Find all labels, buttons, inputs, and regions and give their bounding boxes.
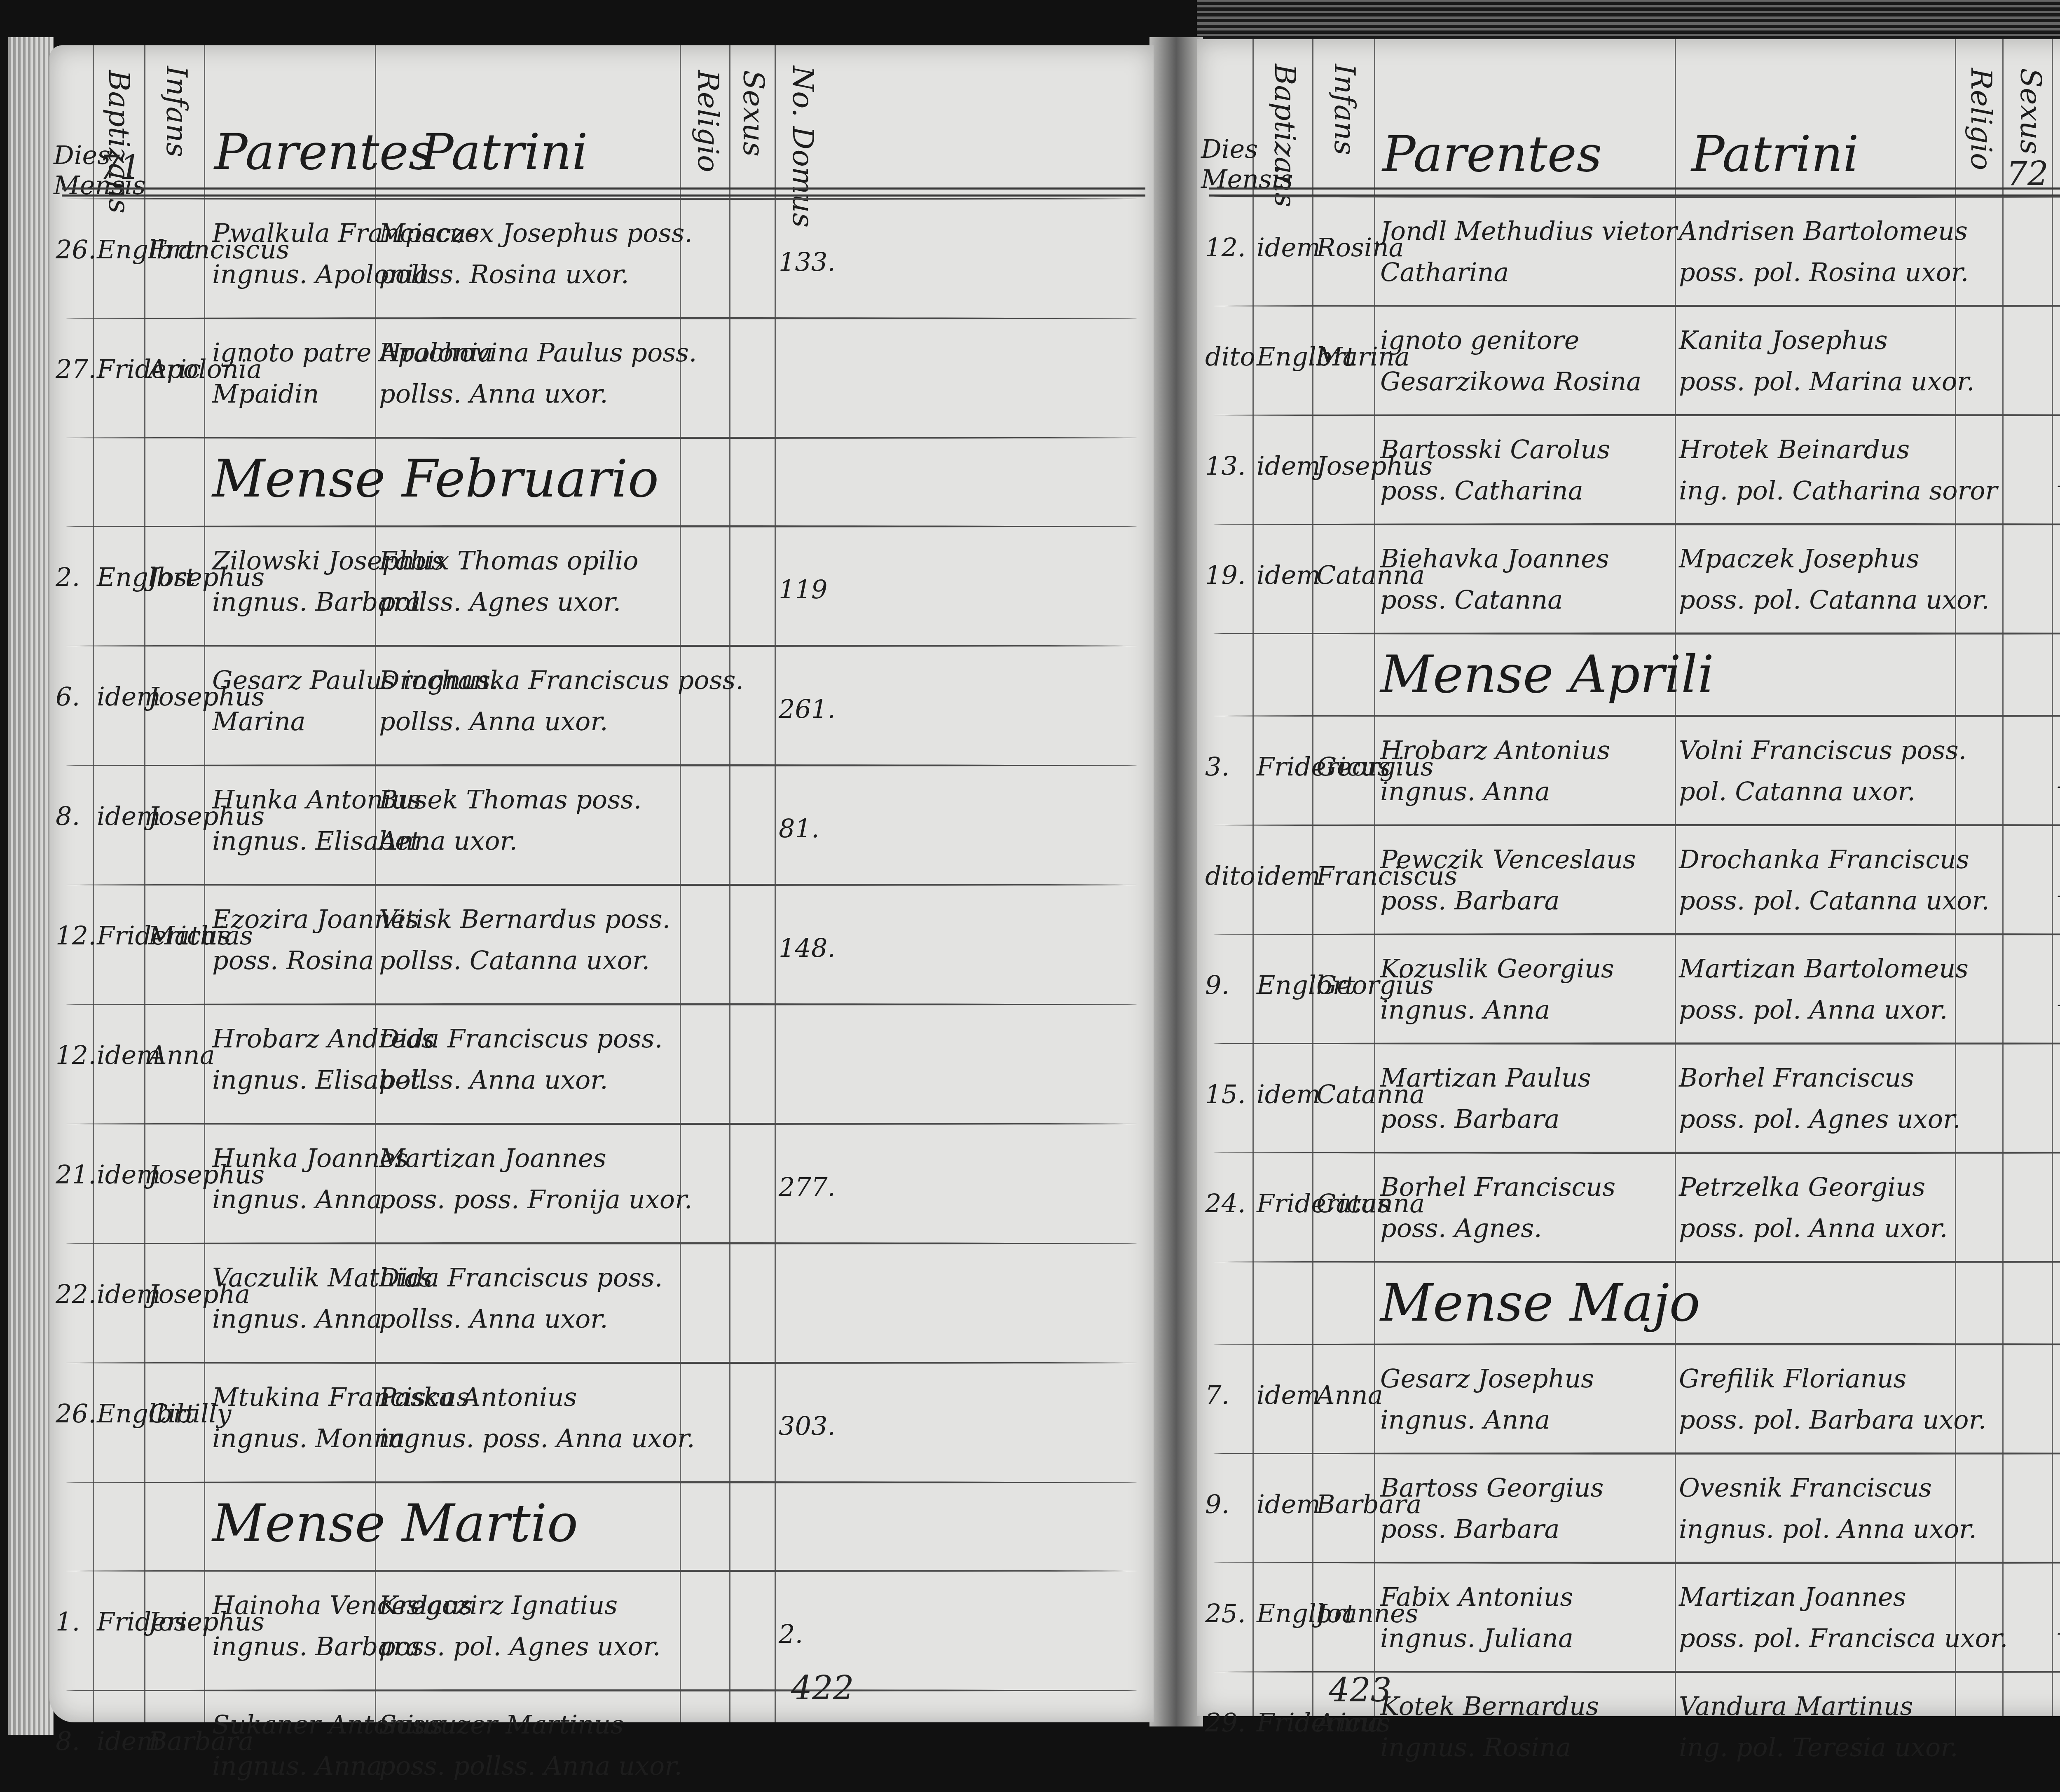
entry-godparents-line1: Drochanka Franciscus poss. xyxy=(379,661,744,699)
entry-day: 24. xyxy=(1205,1185,1246,1223)
entry-godparents-line2: poss. poss. Fronija uxor. xyxy=(379,1181,693,1218)
page-stack-top-edge xyxy=(1197,0,2060,45)
entry-godparents-line2: ingnus. pol. Anna uxor. xyxy=(1679,1510,1977,1548)
entry-day: 6. xyxy=(56,678,80,716)
entry-godparents-line2: Anna uxor. xyxy=(379,822,517,860)
entry-godparents-line2: pollss. Anna uxor. xyxy=(379,1061,608,1099)
row-separator xyxy=(1213,1042,2060,1045)
entry-godparents-line2: poss. pol. Barbara uxor. xyxy=(1679,1401,1986,1439)
page-stack-left-edge xyxy=(8,37,54,1735)
row-separator xyxy=(66,1003,1137,1005)
header-sexus: Sexus xyxy=(2014,68,2048,155)
row-separator xyxy=(1213,715,2060,717)
column-rule xyxy=(2002,39,2004,1716)
entry-house-number: 277. xyxy=(779,1168,836,1206)
entry-parents-line2: poss. Barbara xyxy=(1380,882,1559,920)
entry-godparents-line1: Petrzelka Georgius xyxy=(1679,1168,1925,1206)
entry-godparents-line2: poss. pol. Agnes uxor. xyxy=(379,1628,661,1666)
entry-parents-line2: poss. Rosina xyxy=(212,942,374,979)
row-separator xyxy=(1213,414,2060,416)
header-parentes: Parentes xyxy=(1382,126,1602,183)
entry-godparents-line1: Dida Franciscus poss. xyxy=(379,1020,662,1058)
entry-baptizans: idem xyxy=(1257,1485,1320,1523)
entry-godparents-line2: poss. pol. Agnes uxor. xyxy=(1679,1100,1961,1138)
entry-godparents-line2: pollss. Anna uxor. xyxy=(379,703,608,740)
entry-day: 2. xyxy=(56,558,80,596)
entry-house-number: 124. xyxy=(2056,1607,2060,1645)
header-baptizans: Baptizans xyxy=(1268,64,1302,207)
entry-godparents-line2: pollss. Catanna uxor. xyxy=(379,942,650,979)
entry-day: dito xyxy=(1205,857,1255,895)
row-separator xyxy=(66,525,1137,527)
open-register-book: Dies Mensis Baptizans Infans Parentes Pa… xyxy=(0,0,2060,1792)
header-infans: Infans xyxy=(160,66,194,157)
entry-day: 12. xyxy=(1205,229,1246,267)
entry-parents-line2: Mpaidin xyxy=(212,375,319,413)
entry-godparents-line2: poss. pol. Francisca uxor. xyxy=(1679,1619,2008,1657)
row-separator xyxy=(1213,523,2060,525)
left-page: Dies Mensis Baptizans Infans Parentes Pa… xyxy=(49,45,1154,1722)
entry-day: 12. xyxy=(56,1036,96,1074)
entry-day: 15. xyxy=(1205,1075,1246,1113)
entry-day: 1. xyxy=(56,1603,80,1641)
entry-godparents-line1: Kanita Josephus xyxy=(1679,321,1888,359)
row-separator xyxy=(1213,933,2060,935)
entry-day: 12. xyxy=(56,917,96,955)
entry-godparents-line1: Kregczirz Ignatius xyxy=(379,1586,618,1624)
entry-house-number: 133. xyxy=(779,243,836,281)
entry-day: 19. xyxy=(1205,556,1246,594)
entry-day: 9. xyxy=(1205,1485,1229,1523)
entry-godparents-line1: Dida Franciscus poss. xyxy=(379,1259,662,1297)
row-separator xyxy=(66,437,1137,439)
row-separator xyxy=(66,1481,1137,1483)
entry-godparents-line2: ingnus. poss. Anna uxor. xyxy=(379,1420,695,1457)
entry-day: 22. xyxy=(56,1275,96,1313)
entry-godparents-line1: Sosauzer Martinus xyxy=(379,1706,624,1744)
entry-parents-line1: Hrobarz Antonius xyxy=(1380,731,1610,769)
entry-godparents-line1: Grefilik Florianus xyxy=(1679,1360,1906,1398)
entry-parents-line2: ingnus. Rosina xyxy=(1380,1729,1571,1766)
column-rule xyxy=(2052,39,2053,1716)
entry-day: 26. xyxy=(56,231,96,269)
row-separator xyxy=(66,1123,1137,1125)
entry-infans: Anna xyxy=(1316,1376,1383,1414)
entry-baptizans: idem xyxy=(1257,229,1320,267)
entry-parents-line2: ingnus. Anna xyxy=(212,1300,382,1338)
row-separator xyxy=(1213,305,2060,307)
entry-infans: Anna xyxy=(148,1036,215,1074)
entry-house-number: 199. xyxy=(2056,869,2060,907)
header-dies-mensis: Dies Mensis xyxy=(1201,134,1250,194)
header-sexus: Sexus xyxy=(737,70,770,157)
row-separator xyxy=(1213,632,2060,635)
entry-baptizans: idem xyxy=(1257,556,1320,594)
entry-godparents-line2: ing. pol. Catharina soror xyxy=(1679,472,1997,510)
entry-day: 3. xyxy=(1205,748,1229,786)
right-page: Dies Mensis Baptizans Infans Parentes Pa… xyxy=(1197,39,2060,1716)
row-separator xyxy=(66,317,1137,319)
entry-parents-line2: ingnus. Anna xyxy=(1380,773,1550,810)
entry-house-number: 81. xyxy=(779,810,819,848)
entry-godparents-line1: Vitisk Bernardus poss. xyxy=(379,900,670,938)
entry-baptizans: idem xyxy=(1257,447,1320,485)
entry-parents-line2: poss. Catanna xyxy=(1380,581,1563,619)
entry-godparents-line1: Hrachovina Paulus poss. xyxy=(379,334,697,372)
entry-parents-line1: Biehavka Joannes xyxy=(1380,540,1609,578)
book-spine-gutter xyxy=(1149,37,1203,1726)
entry-house-number: 2. xyxy=(779,1615,803,1653)
entry-day: 25. xyxy=(1205,1595,1246,1633)
entry-parents-line1: ignoto genitore xyxy=(1380,321,1579,359)
entry-parents-line2: ingnus. Juliana xyxy=(1380,1619,1573,1657)
entry-parents-line2: Gesarzikowa Rosina xyxy=(1380,363,1641,401)
entry-parents-line1: Fabix Antonius xyxy=(1380,1578,1573,1616)
page-footer-number: 423 xyxy=(1329,1671,1392,1709)
entry-house-number: 166. xyxy=(2056,979,2060,1017)
month-heading: Mense Aprili xyxy=(1380,645,1714,705)
entry-parents-line2: poss. Agnes. xyxy=(1380,1209,1542,1247)
row-separator xyxy=(1213,1343,2060,1345)
entry-parents-line2: poss. Barbara xyxy=(1380,1510,1559,1548)
entry-godparents-line1: Mpaczek Josephus xyxy=(1679,540,1920,578)
entry-godparents-line1: Mpaczex Josephus poss. xyxy=(379,214,693,252)
month-heading: Mense Februario xyxy=(212,449,659,509)
header-patrini: Patrini xyxy=(420,124,588,181)
entry-day: 8. xyxy=(56,797,80,835)
row-separator xyxy=(66,764,1137,766)
entry-day: 9. xyxy=(1205,966,1229,1004)
row-separator xyxy=(66,1570,1137,1572)
entry-parents-line1: Pewczik Venceslaus xyxy=(1380,841,1636,878)
entry-godparents-line1: Andrisen Bartolomeus xyxy=(1679,212,1968,250)
entry-day: 7. xyxy=(1205,1376,1229,1414)
folio-number: 71 xyxy=(99,148,141,187)
column-rule xyxy=(93,45,94,1722)
entry-parents-line1: Bartoss Georgius xyxy=(1380,1469,1604,1507)
entry-parents-line1: Gesarz Josephus xyxy=(1380,1360,1594,1398)
entry-parents-line2: ingnus. Monna xyxy=(212,1420,405,1457)
entry-godparents-line1: Drochanka Franciscus xyxy=(1679,841,1969,878)
row-separator xyxy=(66,1689,1137,1691)
column-rule xyxy=(144,45,145,1722)
header-parentes: Parentes xyxy=(214,124,434,181)
entry-day: 8. xyxy=(56,1722,80,1760)
entry-parents-line1: Martizan Paulus xyxy=(1380,1059,1591,1097)
entry-baptizans: idem xyxy=(1257,1075,1320,1113)
entry-parents-line1: Kozuslik Georgius xyxy=(1380,950,1614,988)
row-separator xyxy=(1213,1562,2060,1564)
entry-infans: Anna xyxy=(1316,1704,1383,1742)
entry-godparents-line2: poss. pol. Anna uxor. xyxy=(1679,1209,1948,1247)
entry-parents-line2: poss. Catharina xyxy=(1380,472,1583,510)
header-infans: Infans xyxy=(1328,64,1362,155)
row-separator xyxy=(1213,824,2060,826)
header-domus-no: No. Domus xyxy=(786,66,820,227)
entry-godparents-line1: Vandura Martinus xyxy=(1679,1687,1913,1725)
entry-parents-line2: Marina xyxy=(212,703,306,740)
row-separator xyxy=(66,645,1137,647)
entry-parents-line1: Jondl Methudius vietor xyxy=(1380,212,1677,250)
entry-godparents-line1: Martizan Joannes xyxy=(379,1139,606,1177)
entry-godparents-line1: Martizan Joannes xyxy=(1679,1578,1906,1616)
entry-godparents-line2: poss. pol. Anna uxor. xyxy=(1679,991,1948,1029)
entry-day: 27. xyxy=(56,350,96,388)
header-patrini: Patrini xyxy=(1691,126,1859,183)
entry-godparents-line1: Hrotek Beinardus xyxy=(1679,431,1910,468)
entry-parents-line2: ingnus. Anna xyxy=(212,1181,382,1218)
entry-godparents-line1: Borhel Franciscus xyxy=(1679,1059,1914,1097)
entry-house-number: 138. xyxy=(2056,459,2060,497)
entry-house-number: 303. xyxy=(779,1407,836,1445)
entry-house-number: 119 xyxy=(779,571,827,609)
row-separator xyxy=(66,884,1137,886)
row-separator xyxy=(66,198,1137,200)
entry-godparents-line1: Martizan Bartolomeus xyxy=(1679,950,1969,988)
entry-parents-line1: Borhel Franciscus xyxy=(1380,1168,1615,1206)
header-double-rule xyxy=(62,187,1145,197)
entry-godparents-line2: pollss. Rosina uxor. xyxy=(379,255,629,293)
entry-day: 26. xyxy=(56,1395,96,1433)
entry-parents-line2: ingnus. Anna xyxy=(212,1747,382,1785)
entry-godparents-line2: ing. pol. Teresia uxor. xyxy=(1679,1729,1958,1766)
column-rule xyxy=(1675,39,1676,1716)
entry-day: 29. xyxy=(1205,1704,1246,1742)
header-double-rule xyxy=(1209,187,2060,197)
header-religio: Religio xyxy=(1964,68,1998,170)
month-heading: Mense Martio xyxy=(212,1494,578,1553)
entry-godparents-line1: Paska Antonius xyxy=(379,1378,577,1416)
entry-godparents-line1: Busek Thomas poss. xyxy=(379,781,642,819)
entry-godparents-line2: poss. pol. Catanna uxor. xyxy=(1679,581,1990,619)
entry-baptizans: idem xyxy=(1257,857,1320,895)
entry-day: dito xyxy=(1205,338,1255,376)
row-separator xyxy=(1213,1452,2060,1455)
entry-day: 13. xyxy=(1205,447,1246,485)
entry-parents-line2: ingnus. Anna xyxy=(1380,1401,1550,1439)
page-footer-number: 422 xyxy=(791,1669,854,1707)
entry-godparents-line2: pol. Catanna uxor. xyxy=(1679,773,1915,810)
header-religio: Religio xyxy=(691,70,725,172)
row-separator xyxy=(1213,1152,2060,1154)
row-separator xyxy=(66,1362,1137,1364)
entry-parents-line2: poss. Barbara xyxy=(1380,1100,1559,1138)
entry-house-number: 261. xyxy=(779,690,836,728)
entry-godparents-line1: Ovesnik Franciscus xyxy=(1679,1469,1932,1507)
row-separator xyxy=(66,1242,1137,1244)
entry-godparents-line2: poss. pol. Rosina uxor. xyxy=(1679,253,1969,291)
entry-parents-line2: Catharina xyxy=(1380,253,1509,291)
row-separator xyxy=(1213,196,2060,198)
entry-day: 21. xyxy=(56,1156,96,1194)
entry-baptizans: idem xyxy=(1257,1376,1320,1414)
entry-godparents-line2: pollss. Anna uxor. xyxy=(379,375,608,413)
entry-parents-line1: Kotek Bernardus xyxy=(1380,1687,1599,1725)
row-separator xyxy=(1213,1261,2060,1263)
month-heading: Mense Majo xyxy=(1380,1273,1700,1333)
entry-godparents-line2: poss. pollss. Anna uxor. xyxy=(379,1747,682,1785)
entry-godparents-line2: pollss. Anna uxor. xyxy=(379,1300,608,1338)
entry-house-number: 148. xyxy=(779,929,836,967)
entry-parents-line2: ingnus. Anna xyxy=(1380,991,1550,1029)
entry-godparents-line1: Volni Franciscus poss. xyxy=(1679,731,1966,769)
entry-parents-line1: Bartosski Carolus xyxy=(1380,431,1610,468)
entry-godparents-line2: pollss. Agnes uxor. xyxy=(379,583,621,621)
entry-godparents-line1: Fabix Thomas opilio xyxy=(379,542,639,580)
entry-godparents-line2: poss. pol. Catanna uxor. xyxy=(1679,882,1990,920)
entry-house-number: 195. xyxy=(2056,760,2060,798)
entry-godparents-line2: poss. pol. Marina uxor. xyxy=(1679,363,1975,401)
